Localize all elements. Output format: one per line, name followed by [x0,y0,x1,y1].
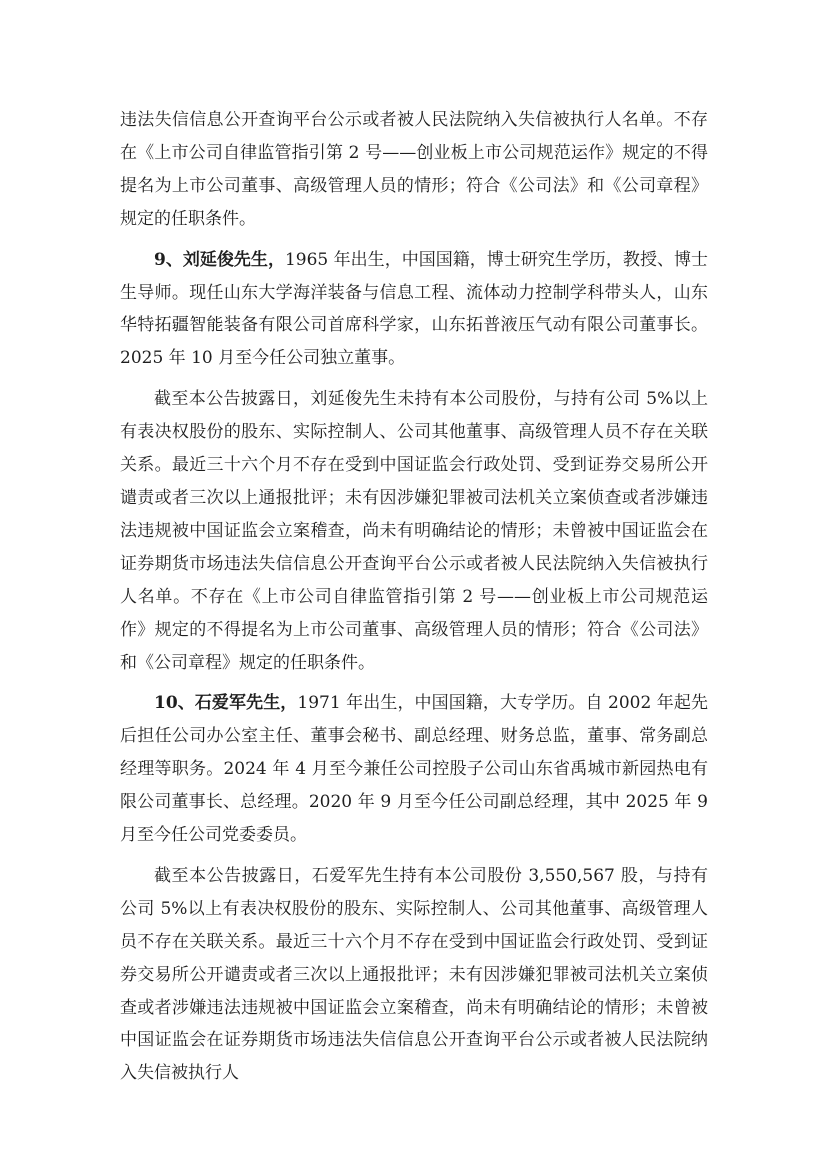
document-page: 违法失信信息公开查询平台公示或者被人民法院纳入失信被执行人名单。不存在《上市公司… [0,0,827,1169]
paragraph-candidate-9-disclosure: 截至本公告披露日，刘延俊先生未持有本公司股份，与持有公司 5%以上有表决权股份的… [120,383,708,679]
paragraph-candidate-10-bio: 10、石爱军先生，1971 年出生，中国国籍，大专学历。自 2002 年起先后担… [120,687,708,852]
paragraph-qualification-continuation: 违法失信信息公开查询平台公示或者被人民法院纳入失信被执行人名单。不存在《上市公司… [120,104,708,236]
paragraph-candidate-9-bio: 9、刘延俊先生，1965 年出生，中国国籍，博士研究生学历，教授、博士生导师。现… [120,244,708,376]
document-body-text: 违法失信信息公开查询平台公示或者被人民法院纳入失信被执行人名单。不存在《上市公司… [120,104,708,1098]
candidate-9-name: 9、刘延俊先生， [154,250,285,270]
candidate-10-name: 10、石爱军先生， [154,693,297,713]
candidate-10-bio-text: 1971 年出生，中国国籍，大专学历。自 2002 年起先后担任公司办公室主任、… [120,693,708,845]
paragraph-candidate-10-disclosure: 截至本公告披露日，石爱军先生持有本公司股份 3,550,567 股，与持有公司 … [120,860,708,1090]
